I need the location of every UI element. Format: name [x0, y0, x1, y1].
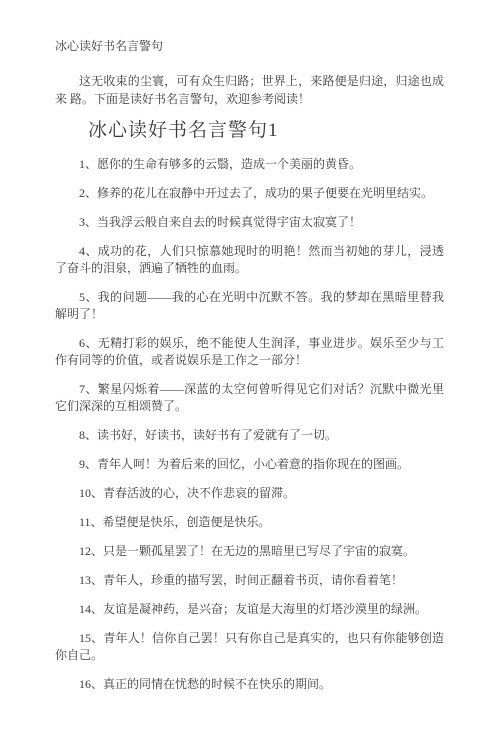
- quote-item: 4、成功的花，人们只惊慕她现时的明艳！然而当初她的芽儿，浸透了奋斗的泪泉，洒遍了…: [55, 243, 444, 277]
- quote-item: 10、青春活波的心，决不作悲哀的留滞。: [55, 485, 444, 502]
- quote-item: 13、青年人，珍重的描写罢，时间正翻着书页，请你看着笔！: [55, 572, 444, 589]
- quote-item: 8、读书好，好读书，读好书有了爱就有了一切。: [55, 427, 444, 444]
- quote-item: 6、无精打彩的娱乐，绝不能使人生润泽，事业进步。娱乐至少与工作有同等的价值，或者…: [55, 335, 444, 369]
- quote-list: 1、愿你的生命有够多的云翳，造成一个美丽的黄昏。 2、修养的花儿在寂静中开过去了…: [55, 156, 444, 693]
- quote-item: 14、友谊是凝神药，是兴奋；友谊是大海里的灯塔沙漠里的绿洲。: [55, 601, 444, 618]
- quote-item: 3、当我浮云般自来自去的时候真觉得宇宙太寂寞了！: [55, 214, 444, 231]
- quote-item: 15、青年人！信你自己罢！只有你自己是真实的，也只有你能够创造你自己。: [55, 630, 444, 664]
- quote-item: 12、只是一颗孤星罢了！在无边的黑暗里已写尽了宇宙的寂寞。: [55, 543, 444, 560]
- quote-item: 11、希望便是快乐，创造便是快乐。: [55, 514, 444, 531]
- quote-item: 1、愿你的生命有够多的云翳，造成一个美丽的黄昏。: [55, 156, 444, 173]
- section-heading: 冰心读好书名言警句1: [88, 118, 444, 144]
- document-page: 冰心读好书名言警句 这无收束的尘寰，可有众生归路；世界上，来路便是归途，归途也成…: [0, 0, 500, 746]
- quote-item: 5、我的问题——我的心在光明中沉默不答。我的梦却在黑暗里替我解明了！: [55, 289, 444, 323]
- document-title: 冰心读好书名言警句: [55, 38, 444, 54]
- quote-item: 7、繁星闪烁着——深蓝的太空何曾听得见它们对话？沉默中微光里它们深深的互相颂赞了…: [55, 381, 444, 415]
- quote-item: 16、真正的同情在忧愁的时候不在快乐的期间。: [55, 676, 444, 693]
- quote-item: 9、青年人呵！为着后来的回忆，小心着意的指你现在的图画。: [55, 456, 444, 473]
- intro-paragraph: 这无收束的尘寰，可有众生归路；世界上，来路便是归途，归途也成来 路。下面是读好书…: [55, 72, 444, 108]
- quote-item: 2、修养的花儿在寂静中开过去了，成功的果子便要在光明里结实。: [55, 185, 444, 202]
